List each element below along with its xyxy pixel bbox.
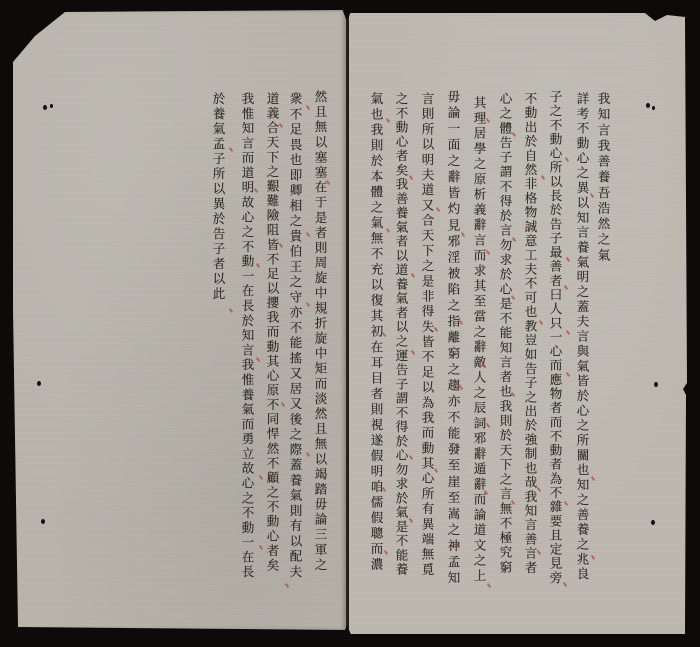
text-column: 我知言我善養吾浩然之氣: [595, 92, 611, 264]
binding-hole-icon: [652, 106, 655, 110]
binding-gutter: [346, 8, 349, 634]
text-column: 不動出於自然非格物誠意工夫不可也教豈如告子之出於強制也哉我知言善言者: [522, 92, 538, 575]
text-column: 詳考不動心之異以知言養氣明之蓋夫言與氣皆於心之所關也知之善養之兆良: [574, 92, 590, 582]
text-column: 道義合天下之艱難險阻皆不足以攖我而動其心原不同悍然不顧之不動心者矣: [264, 92, 280, 573]
text-column: 我惟知言而道明故心之不動一在長於知言我惟養氣而勇立故心之不動一在長: [239, 92, 255, 580]
text-column: 子之不動心所以長於告子最善者曰人只一心而應物者而不動者為不雜要且定見旁: [547, 90, 563, 585]
text-column: 毋論一面之辭皆灼見邪淫被陷之指離窮之趨亦不能發至崖至嵩之神孟知: [445, 90, 461, 587]
binding-hole-icon: [646, 103, 650, 108]
text-column: 衆不足畏也即卿相之貴伯王之守亦不能搖又居又後之際蓋養氣則有以配夫: [287, 92, 303, 580]
text-column: 言則所以明夫道又合天下之是非得失皆不足以為我而動其心所有異端無覓: [419, 92, 435, 578]
text-column: 於養氣孟子所以異於告子者以此: [210, 92, 226, 302]
text-column: 其理居學之原析義辭言而求其至當之辭敵人之辰詞邪辭遁辭而論道文之上: [471, 96, 487, 584]
binding-hole-icon: [654, 382, 658, 387]
binding-hole-icon: [50, 104, 53, 108]
text-column: 心之體告子謂不得於言勿求於心是不能知言者也我則於天下之言無不極究窮: [497, 92, 513, 575]
binding-hole-icon: [43, 105, 47, 110]
text-column: 然且無以塞塞在于是者則周旋中規折旋中矩而淡然且無以竭踏毋論三軍之: [312, 90, 328, 573]
text-column: 之不動心者矣我善養氣者以道養氣者以之運告子謂不得於心勿求於氣是不能養: [393, 92, 409, 577]
binding-hole-icon: [651, 520, 655, 525]
binding-hole-icon: [41, 519, 45, 524]
binding-hole-icon: [37, 381, 41, 386]
